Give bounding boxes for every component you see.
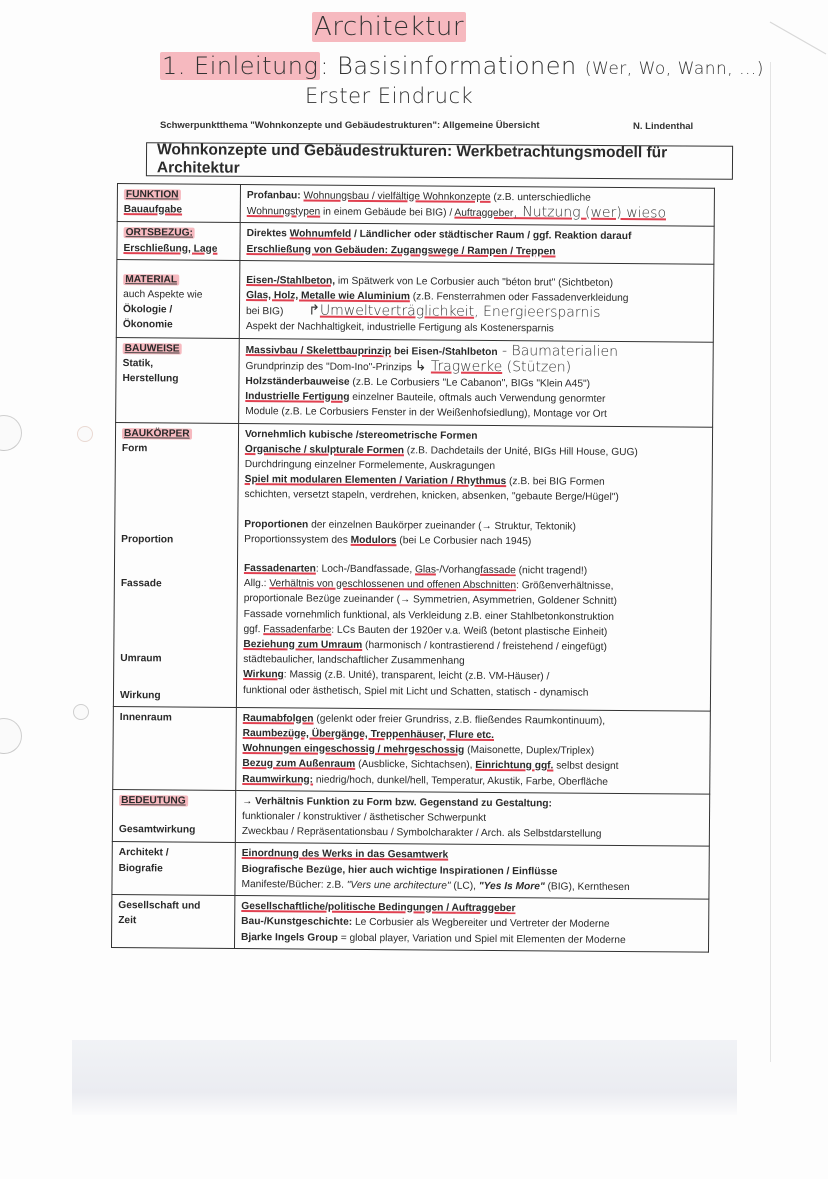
text: (nicht tragend!)	[516, 565, 587, 577]
text: Vornehmlich kubische /stereometrische Fo…	[245, 429, 478, 442]
punch-hole-icon	[73, 704, 89, 720]
text: Bjarke Ingels Group	[241, 931, 338, 943]
text: Glas, Holz, Metalle wie Aluminium	[246, 290, 410, 302]
row-content: Gesellschaftliche/politische Bedingungen…	[234, 896, 708, 952]
row-content: Einordnung des Werks in das Gesamtwerk B…	[235, 843, 709, 899]
punch-hole-icon	[77, 426, 93, 442]
text: schichten, versetzt stapeln, verdrehen, …	[245, 489, 619, 503]
row-content: Direktes Wohnumfeld / Ländlicher oder st…	[240, 223, 714, 264]
table-row-architekt: Architekt / Biografie Einordnung des Wer…	[112, 842, 709, 899]
text: (gelenkt oder freier Grundriss, z.B. fli…	[314, 713, 606, 726]
section-heading: FUNKTION	[124, 189, 181, 200]
section-heading: ORTSBEZUG:	[124, 227, 195, 239]
text: : Loch-/Bandfassade,	[316, 564, 415, 576]
table-row-bauweise: BAUWEISE Statik, Herstellung Massivbau /…	[116, 337, 714, 427]
text: Erschließung von Gebäuden: Zugangswege /…	[246, 244, 555, 257]
row-label: BAUWEISE Statik, Herstellung	[116, 337, 240, 423]
text: einzelner Bauteile, oftmals auch Verwend…	[349, 392, 605, 405]
row-label: BAUKÖRPER Form Proportion Fassade Umraum…	[113, 422, 238, 707]
text: Fassadenarten	[244, 563, 316, 575]
table-row-innenraum: Innenraum Raumabfolgen (gelenkt oder fre…	[113, 706, 711, 794]
text: Spiel mit modularen Elementen / Variatio…	[245, 474, 507, 487]
text: Verhältnis von geschlossenen und offenen…	[269, 578, 516, 591]
row-content: Vornehmlich kubische /stereometrische Fo…	[236, 423, 712, 711]
text: Bezug zum Außenraum	[242, 758, 355, 770]
table-row-ortsbezug: ORTSBEZUG: Erschließung, Lage Direktes W…	[117, 222, 714, 264]
section-heading: MATERIAL	[123, 274, 179, 285]
text: (LC),	[450, 881, 478, 892]
text: Fassadenfarbe	[263, 624, 331, 636]
sublabel: Erschließung, Lage	[123, 243, 217, 255]
text: Beziehung zum Umraum	[243, 639, 362, 651]
text: selbst designt	[553, 761, 618, 773]
text: "Yes Is More"	[479, 881, 545, 893]
sublabel: auch Aspekte wie	[123, 289, 202, 301]
handwritten-note: - Baumaterialien	[498, 343, 619, 360]
text: (z.B. bei BIG Formen	[506, 476, 605, 488]
section-heading: BAUWEISE	[123, 343, 182, 354]
row-content: Massivbau / Skelettbauprinzip bei Eisen-…	[239, 338, 714, 427]
row-content: Eisen-/Stahlbeton, im Spätwerk von Le Co…	[239, 260, 714, 342]
row-label: Gesellschaft und Zeit	[111, 895, 234, 949]
sublabel-fassade: Fassade	[121, 578, 162, 589]
text: (bei Le Corbusier nach 1945)	[396, 535, 531, 547]
text: funktional oder ästhetisch, Spiel mit Li…	[243, 685, 588, 699]
text: Bau-/Kunstgeschichte:	[241, 916, 352, 928]
sublabel: Zeit	[118, 915, 136, 926]
text: (BIG), Kernthesen	[545, 881, 630, 893]
text: : Größenverhältnisse,	[516, 580, 613, 592]
table-row-funktion: FUNKTION Bauaufgabe Profanbau: Wohnungsb…	[117, 184, 714, 227]
document-subtitle: Schwerpunktthema "Wohnkonzepte und Gebäu…	[160, 120, 540, 131]
row-label: MATERIAL auch Aspekte wie Ökologie / Öko…	[116, 259, 240, 338]
sublabel: Gesamtwirkung	[119, 824, 196, 836]
handwritten-note: Umweltverträglichkeit	[320, 303, 474, 320]
text: Wirkung	[243, 669, 284, 680]
text: (z.B. unterschiedliche	[491, 192, 591, 204]
analysis-model-table: FUNKTION Bauaufgabe Profanbau: Wohnungsb…	[111, 183, 715, 952]
sublabel-umraum: Umraum	[120, 653, 161, 664]
text: Biografische Bezüge, hier auch wichtige …	[242, 864, 558, 877]
text: fassade	[480, 565, 516, 576]
page-edge	[770, 62, 771, 1062]
sublabel: Bauaufgabe	[124, 204, 182, 215]
document-author: N. Lindenthal	[633, 121, 693, 132]
text: Grundprinzip des "Dom-Ino"-Prinzips	[246, 361, 412, 373]
handwritten-note: (Stützen)	[502, 359, 571, 376]
handwritten-note: , Energieersparnis	[474, 304, 600, 321]
sublabel: Innenraum	[120, 712, 172, 723]
text: ggf.	[243, 624, 263, 635]
text: Holzständerbauweise	[245, 376, 349, 388]
text: bei BIG)	[246, 306, 283, 317]
scan-shadow	[72, 1040, 737, 1115]
text: Massivbau / Skelettbauprinzip	[246, 345, 392, 357]
text: -/Vorhang	[436, 565, 480, 576]
text: Einrichtung ggf.	[475, 760, 553, 772]
intro-paren: (Wer, Wo, Wann, ...)	[585, 59, 764, 79]
punch-hole-icon	[0, 415, 22, 451]
text: (harmonisch / kontrastierend / freistehe…	[362, 640, 607, 653]
sublabel-wirkung: Wirkung	[120, 690, 161, 701]
text: Eisen-/Stahlbeton,	[246, 275, 335, 287]
text: Proportionen	[244, 519, 308, 531]
text: Allg.:	[244, 578, 270, 589]
text: : LCs Bauten der 1920er v.a. Weiß (beton…	[331, 625, 607, 638]
text: der einzelnen Baukörper zueinander (→ St…	[308, 519, 576, 532]
sublabel-form: Form	[122, 443, 148, 454]
row-label: ORTSBEZUG: Erschließung, Lage	[117, 222, 240, 260]
text: Fassade vornehmlich funktional, als Verk…	[244, 609, 614, 623]
text: Manifeste/Bücher: z.B.	[241, 879, 346, 891]
table-row-bedeutung: BEDEUTUNG Gesamtwirkung → Verhältnis Fun…	[112, 789, 709, 846]
document-heading: Wohnkonzepte und Gebäudestrukturen: Werk…	[146, 142, 733, 180]
text: Le Corbusier als Wegbereiter und Vertret…	[352, 917, 610, 930]
text: Glas	[415, 564, 436, 575]
text: Raumabfolgen	[243, 713, 314, 725]
row-content: Raumabfolgen (gelenkt oder freier Grundr…	[236, 707, 711, 794]
section-heading: BEDEUTUNG	[119, 795, 188, 807]
title-text: Architektur	[312, 12, 466, 42]
table-row-gesellschaft: Gesellschaft und Zeit Gesellschaftliche/…	[111, 895, 708, 952]
text: = global player, Variation und Spiel mit…	[338, 932, 626, 945]
text: (Maisonette, Duplex/Triplex)	[464, 745, 594, 757]
table-row-material: MATERIAL auch Aspekte wie Ökologie / Öko…	[116, 259, 714, 341]
text: → Verhältnis Funktion zu Form bzw. Gegen…	[242, 796, 552, 809]
text: niedrig/hoch, dunkel/hell, Temperatur, A…	[313, 774, 608, 787]
row-label: Architekt / Biografie	[112, 842, 235, 896]
text: Raumbezüge, Übergänge, Treppenhäuser, Fl…	[243, 728, 494, 741]
text: : Massig (z.B. Unité), transparent, leic…	[284, 670, 550, 683]
text: Wohnungstypen	[247, 206, 321, 218]
sublabel: Ökologie /	[123, 304, 172, 315]
text: Aspekt der Nachhaltigkeit, industrielle …	[246, 321, 554, 334]
row-label: FUNKTION Bauaufgabe	[117, 184, 240, 223]
text: städtebaulicher, landschaftlicher Zusamm…	[243, 654, 465, 667]
punch-hole-icon	[0, 718, 22, 754]
text: "Vers une architecture"	[347, 880, 451, 892]
text: Zweckbau / Repräsentationsbau / Symbolch…	[242, 826, 602, 840]
handwritten-intro: 1. Einleitung: Basisinformationen (Wer, …	[160, 52, 764, 80]
text: Raumwirkung:	[242, 774, 313, 786]
sublabel: Gesellschaft und	[118, 900, 200, 912]
row-content: Profanbau: Wohnungsbau / vielfältige Woh…	[240, 184, 714, 226]
row-label: BEDEUTUNG Gesamtwirkung	[112, 789, 235, 843]
page-corner-fold	[768, 18, 828, 58]
text: Proportionssystem des	[244, 534, 351, 546]
text: funktionaler / konstruktiver / ästhetisc…	[242, 811, 486, 824]
sublabel: Herstellung	[122, 373, 178, 384]
text: (z.B. Fensterrahmen oder Fassadenverklei…	[410, 291, 629, 304]
section-heading: BAUKÖRPER	[122, 428, 192, 440]
row-label: Innenraum	[113, 706, 237, 790]
text: / Ländlicher oder städtischer Raum / ggf…	[351, 229, 631, 242]
text: Modulors	[351, 535, 397, 546]
text: (z.B. Le Corbusiers "Le Cabanon", BIGs "…	[350, 377, 590, 390]
intro-sep: :	[320, 52, 329, 80]
row-content: → Verhältnis Funktion zu Form bzw. Gegen…	[235, 790, 709, 846]
text: Wohnumfeld	[290, 229, 352, 240]
text: Profanbau:	[247, 190, 301, 201]
table-row-baukoerper: BAUKÖRPER Form Proportion Fassade Umraum…	[113, 422, 712, 711]
text: Durchdringung einzelner Formelemente, Au…	[245, 459, 495, 472]
intro-label: 1. Einleitung	[160, 52, 320, 80]
text: Organische / skulpturale Formen	[245, 444, 404, 456]
arrow-icon: ↱	[308, 303, 320, 319]
sublabel-proportion: Proportion	[121, 534, 173, 545]
text: im Spätwerk von Le Corbusier auch "béton…	[335, 276, 613, 289]
sublabel: Architekt /	[119, 848, 169, 859]
handwritten-note: Tragwerke	[431, 358, 502, 375]
handwritten-title: Architektur	[312, 12, 466, 42]
arrow-icon: ↳	[415, 358, 427, 374]
text: (Ausblicke, Sichtachsen),	[355, 759, 475, 771]
text: in einem Gebäude bei BIG) /	[320, 207, 454, 219]
sublabel: Biografie	[119, 863, 163, 874]
text: Einordnung des Werks in das Gesamtwerk	[242, 848, 449, 861]
sublabel: Statik,	[123, 358, 154, 369]
text: Gesellschaftliche/politische Bedingungen…	[241, 901, 515, 914]
handwritten-first-impression: Erster Eindruck	[305, 84, 473, 108]
sublabel: Ökonomie	[123, 319, 173, 330]
intro-text: Basisinformationen	[337, 52, 577, 80]
text: Module (z.B. Le Corbusiers Fenster in de…	[245, 406, 607, 420]
text: Wohnungsbau / vielfältige Wohnkonzepte	[303, 190, 490, 202]
text: Direktes	[247, 228, 290, 239]
text: Wohnungen eingeschossig / mehrgeschossig	[243, 743, 465, 756]
text: bei Eisen-/Stahlbeton	[391, 346, 498, 358]
text: Industrielle Fertigung	[245, 391, 349, 403]
text: (z.B. Dachdetails der Unité, BIGs Hill H…	[404, 445, 638, 458]
handwritten-note: , Nutzung (wer) wieso	[513, 204, 666, 221]
text: Auftraggeber	[454, 208, 513, 219]
text: proportionale Bezüge zueinander (→ Symme…	[244, 593, 617, 607]
